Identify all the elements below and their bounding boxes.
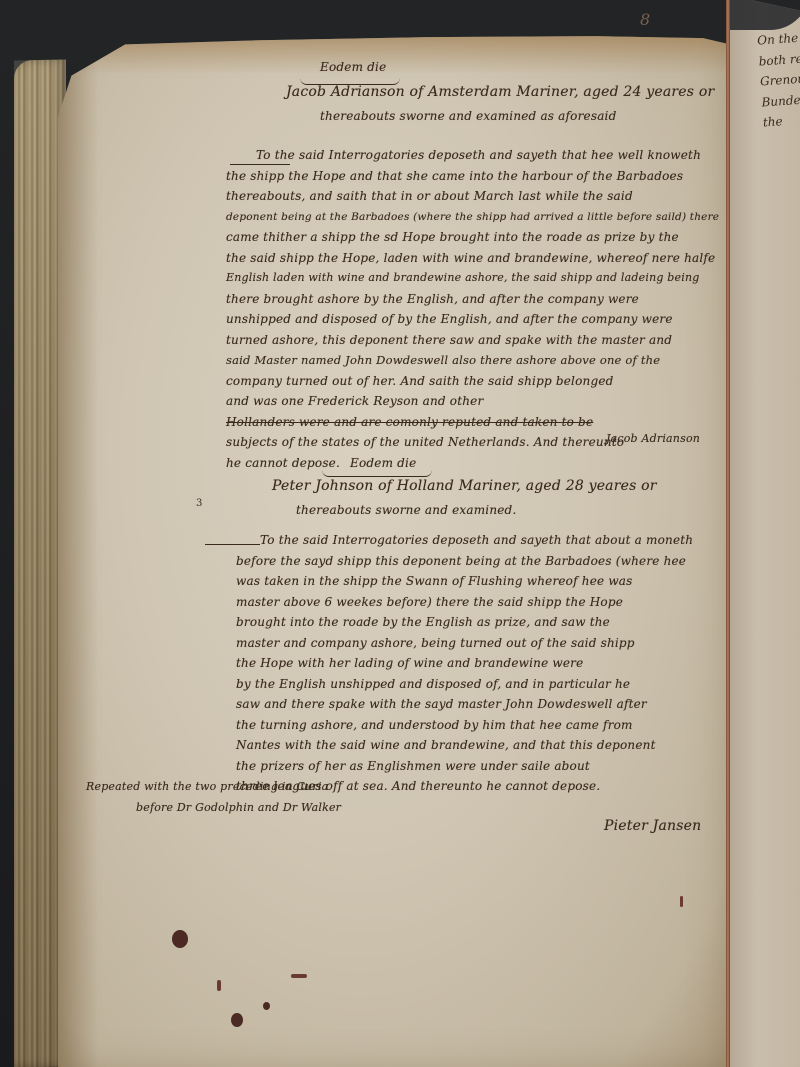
deposition-1-body: To the said Interrogatories deposeth and… (226, 145, 719, 473)
right-page-line: both re (758, 47, 800, 71)
body-line: brought into the roade by the English as… (236, 612, 693, 633)
body-line: To the said Interrogatories deposeth and… (226, 145, 719, 166)
margin-note: Repeated with the two preceding in Curia… (86, 780, 341, 821)
deposition-2-witness-line-2: thereabouts sworne and examined. (296, 500, 516, 520)
body-line: by the English unshipped and disposed of… (236, 674, 693, 695)
deposition-2-witness-line: Peter Johnson of Holland Mariner, aged 2… (272, 478, 657, 494)
deposition-2-day-heading: Eodem die (350, 456, 416, 470)
margin-note-line: before Dr Godolphin and Dr Walker (86, 801, 341, 822)
body-line: the turning ashore, and understood by hi… (236, 715, 693, 736)
ink-streak (291, 974, 307, 978)
body-line: came thither a shipp the sd Hope brought… (226, 227, 719, 248)
body-line: To the said Interrogatories deposeth and… (236, 530, 693, 551)
book-gutter (726, 0, 730, 1067)
body-line: there brought ashore by the English, and… (226, 289, 719, 310)
body-line: was taken in the shipp the Swann of Flus… (236, 571, 693, 592)
body-line: thereabouts, and saith that in or about … (226, 186, 719, 207)
right-page-line: Grenou (759, 67, 800, 91)
body-line: saw and there spake with the sayd master… (236, 694, 693, 715)
body-line: turned ashore, this deponent there saw a… (226, 330, 719, 351)
deposition-1-witness-line: Jacob Adrianson of Amsterdam Mariner, ag… (286, 84, 714, 100)
folio-mark: 8 (640, 10, 662, 32)
body-line: deponent being at the Barbadoes (where t… (226, 207, 719, 228)
deposition-1-witness-line-2: thereabouts sworne and examined as afore… (320, 106, 616, 126)
margin-number: 3 (196, 498, 202, 509)
body-line: before the sayd shipp this deponent bein… (236, 551, 693, 572)
body-line: and was one Frederick Reyson and other (226, 391, 719, 412)
body-line: company turned out of her. And saith the… (226, 371, 719, 392)
ink-blot (263, 1002, 270, 1010)
deposition-2-signature: Pieter Jansen (604, 818, 701, 834)
body-line: Nantes with the said wine and brandewine… (236, 735, 693, 756)
body-line-struck: Hollanders were and are comonly reputed … (226, 412, 719, 433)
right-page-line: On the (756, 27, 800, 51)
body-line: the shipp the Hope and that she came int… (226, 166, 719, 187)
right-page-line: the (762, 108, 800, 132)
margin-note-line: Repeated with the two preceding in Curia (86, 780, 341, 801)
ink-blot (231, 1013, 243, 1027)
body-line: he cannot depose. (226, 453, 719, 474)
body-line: the Hope with her lading of wine and bra… (236, 653, 693, 674)
body-line: the prizers of her as Englishmen were un… (236, 756, 693, 777)
body-line: English laden with wine and brandewine a… (226, 268, 719, 289)
body-line: unshipped and disposed of by the English… (226, 309, 719, 330)
right-page-line: Bunde (761, 88, 800, 112)
deposition-1-signature: Jacob Adrianson (606, 432, 700, 445)
heading-flourish (322, 470, 432, 477)
body-line: master and company ashore, being turned … (236, 633, 693, 654)
body-line: the said shipp the Hope, laden with wine… (226, 248, 719, 269)
ink-blot (172, 930, 188, 948)
body-line: said Master named John Dowdeswell also t… (226, 350, 719, 371)
deposition-1-day-heading: Eodem die (320, 60, 386, 74)
manuscript-page-recto (730, 0, 800, 1067)
photograph-scene: 8 On the both re Grenou Bunde the Eodem … (0, 0, 800, 1067)
ink-streak (680, 896, 683, 907)
body-line: master above 6 weekes before) there the … (236, 592, 693, 613)
ink-streak (217, 980, 221, 991)
right-page-fragment: On the both re Grenou Bunde the (756, 27, 800, 132)
deposition-2-body: To the said Interrogatories deposeth and… (236, 530, 693, 797)
